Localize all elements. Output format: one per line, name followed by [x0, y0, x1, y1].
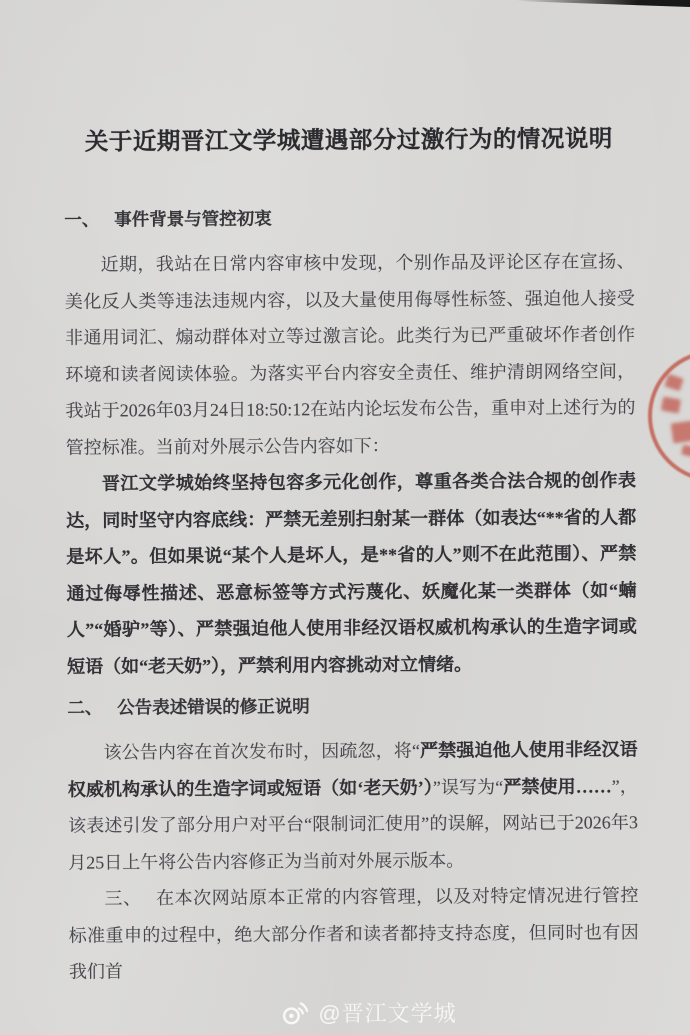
paragraph-correction: 该公告内容在首次发布时，因疏忽，将“严禁强迫他人使用非经汉语权威机构承认的生造字…: [67, 731, 638, 880]
correction-miswritten-phrase: 严禁使用……: [503, 776, 612, 797]
seal-character-smudge: [681, 445, 690, 458]
section-1-heading: 一、事件背景与管控初衷: [64, 198, 634, 237]
seal-character-smudge: [664, 374, 683, 391]
section-3-number: 三、: [104, 888, 141, 908]
paragraph-announcement-quote: 晋江文学城始终坚持包容多元化创作，尊重各类合法合规的创作表达，同时坚守内容底线：…: [66, 462, 637, 684]
section-2-heading: 二、公告表述错误的修正说明: [67, 686, 637, 725]
weibo-watermark: @晋江文学城: [24, 997, 690, 1028]
correction-text-1: 该公告内容在首次发布时，因疏忽，将“: [104, 741, 420, 763]
seal-character-smudge: [671, 421, 690, 444]
section-3-text: 在本次网站原本正常的内容管理，以及对特定情况进行管控标准重申的过程中，绝大部分作…: [69, 885, 639, 981]
watermark-handle: @晋江文学城: [318, 997, 456, 1028]
section-2-number: 二、: [67, 697, 102, 717]
section-1-title: 事件背景与管控初衷: [114, 208, 272, 229]
seal-character-smudge: [661, 397, 681, 414]
statement-document: 关于近期晋江文学城遭遇部分过激行为的情况说明 一、事件背景与管控初衷 近期，我站…: [0, 0, 690, 991]
correction-text-2: ”误写为“: [433, 777, 503, 797]
document-title: 关于近期晋江文学城遭遇部分过激行为的情况说明: [64, 119, 634, 156]
paragraph-section-3: 三、在本次网站原本正常的内容管理，以及对特定情况进行管控标准重申的过程中，绝大部…: [68, 877, 639, 990]
section-2-title: 公告表述错误的修正说明: [117, 696, 310, 717]
paragraph-background: 近期，我站在日常内容审核中发现，个别作品及评论区存在宣扬、美化反人类等违法违规内…: [65, 243, 636, 465]
document-photo: 关于近期晋江文学城遭遇部分过激行为的情况说明 一、事件背景与管控初衷 近期，我站…: [0, 0, 690, 1035]
section-1-number: 一、: [64, 210, 99, 230]
weibo-icon: [281, 1000, 311, 1026]
